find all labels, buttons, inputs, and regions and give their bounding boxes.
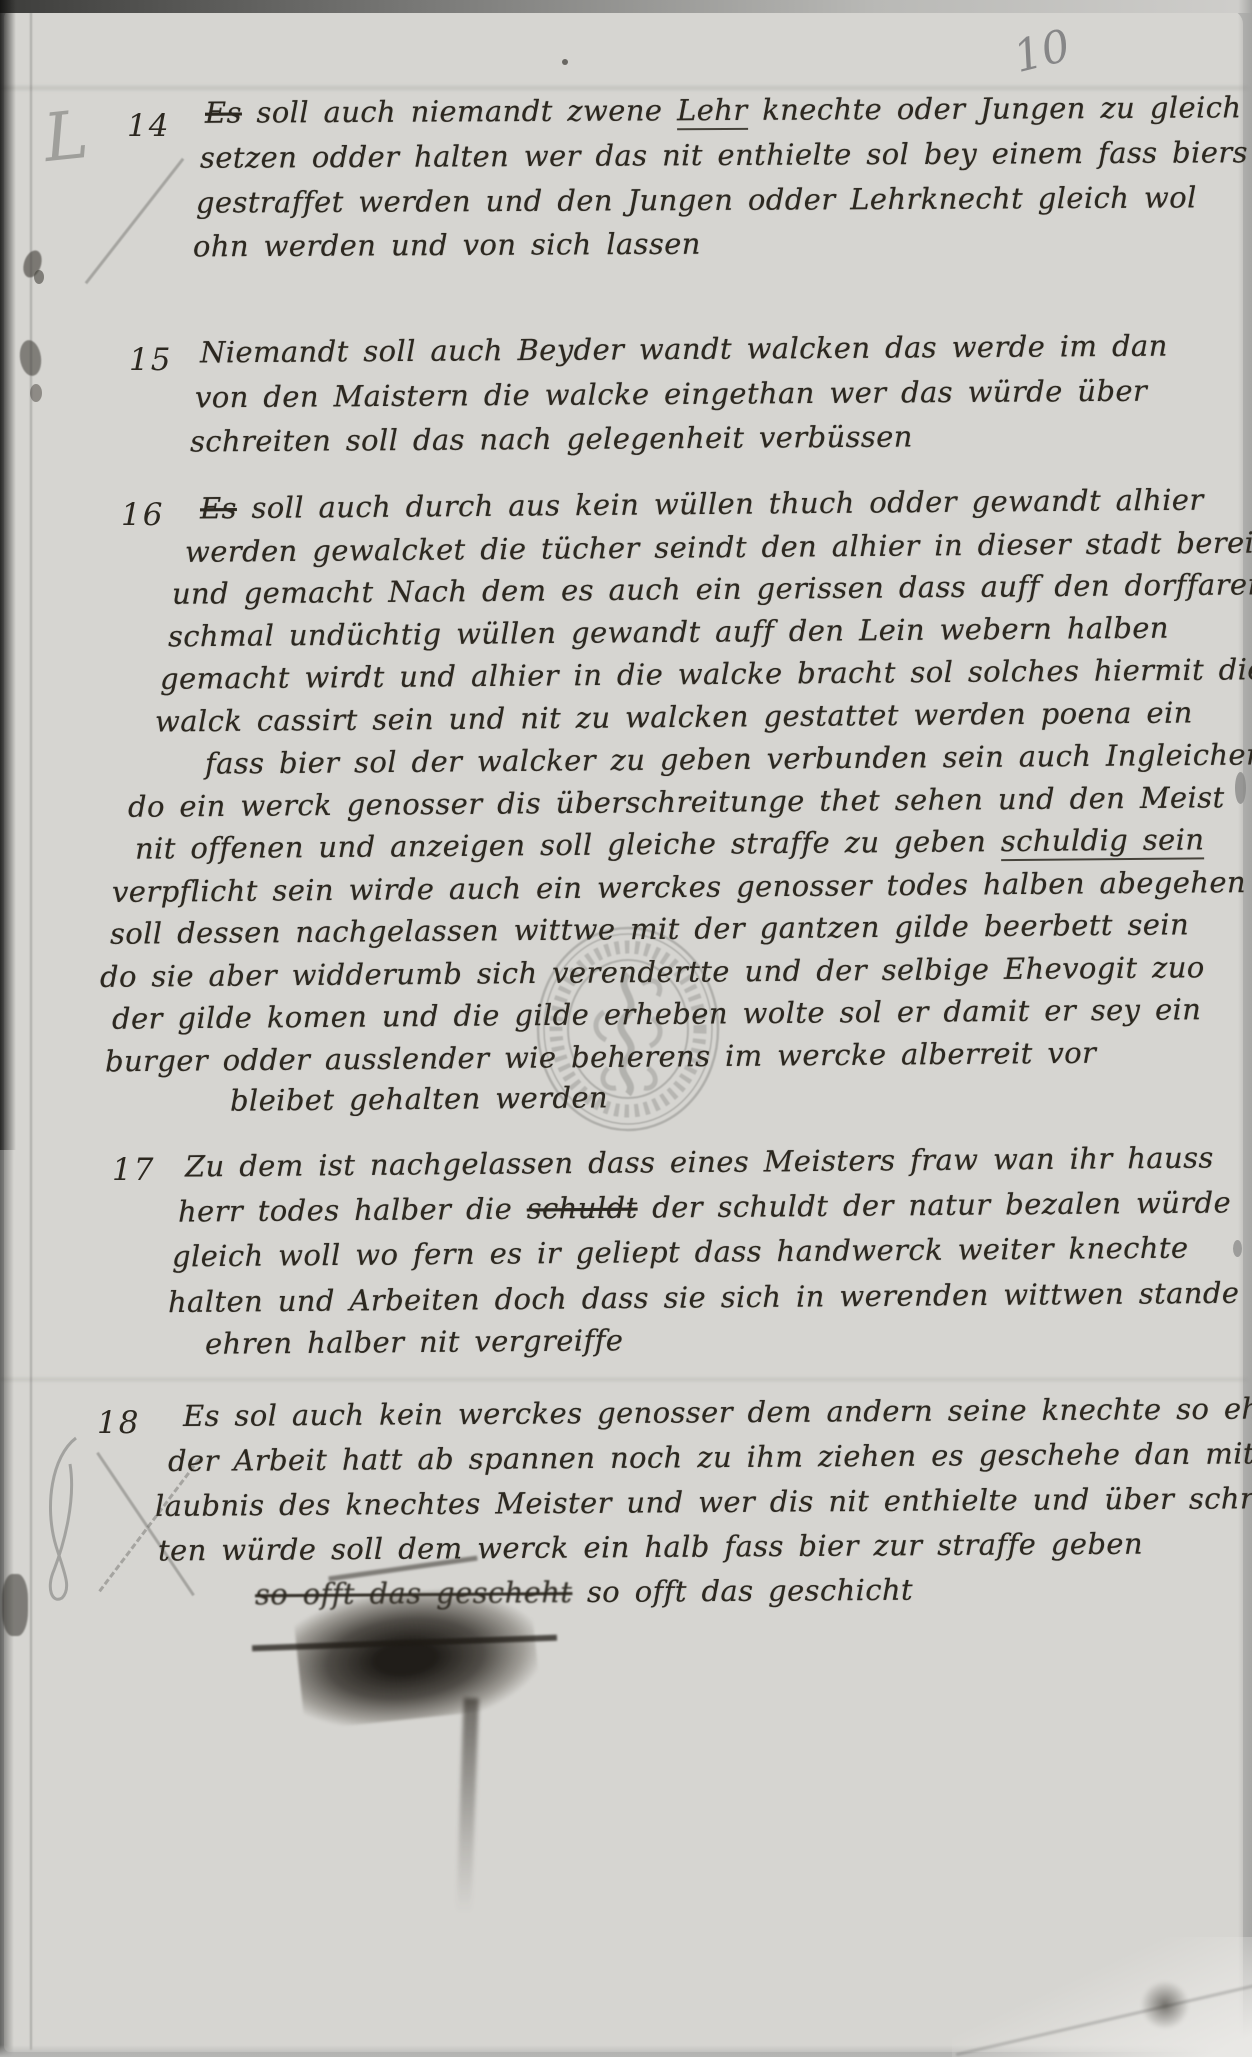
manuscript-text-segment: ohn werden und von sich lassen — [193, 227, 701, 264]
manuscript-text-segment: von den Maistern die walcke eingethan we… — [195, 374, 1147, 415]
manuscript-text-segment: so offt das geschicht — [572, 1573, 913, 1609]
manuscript-text-segment: setzen odder halten wer das nit enthielt… — [200, 135, 1248, 174]
manuscript-line: Niemandt soll auch Beyder wandt walcken … — [200, 332, 1168, 368]
manuscript-line: ohn werden und von sich lassen — [193, 230, 701, 262]
manuscript-text-segment: gestraffet werden und den Jungen odder L… — [196, 180, 1197, 219]
manuscript-line: nit offenen und anzeigen soll gleiche st… — [135, 825, 1205, 863]
horizontal-crease — [0, 86, 1252, 90]
margin-loop-mark — [36, 1430, 90, 1606]
manuscript-line: Es sol auch kein werckes genosser dem an… — [183, 1394, 1252, 1431]
manuscript-line: schmal undüchtig wüllen gewandt auff den… — [168, 613, 1169, 651]
manuscript-line: Zu dem ist nachgelassen dass eines Meist… — [185, 1144, 1214, 1182]
manuscript-line: do sie aber widderumb sich verendertte u… — [100, 953, 1205, 992]
manuscript-line: Es soll auch durch aus kein wüllen thuch… — [200, 486, 1204, 524]
manuscript-text-segment: ten würde soll dem werck ein halb fass b… — [158, 1527, 1143, 1568]
manuscript-line: walck cassirt sein und nit zu walcken ge… — [155, 698, 1193, 736]
manuscript-line: der Arbeit hatt ab spannen noch zu ihm z… — [168, 1439, 1252, 1476]
manuscript-line: schreiten soll das nach gelegenheit verb… — [190, 422, 913, 456]
ink-dot — [562, 59, 568, 65]
manuscript-text-segment: schreiten soll das nach gelegenheit verb… — [190, 419, 913, 458]
manuscript-text-segment: soll auch niemandt zwene — [242, 93, 677, 129]
manuscript-line: do ein werck genosser dis überschreitung… — [128, 783, 1225, 822]
manuscript-line: gestraffet werden und den Jungen odder L… — [196, 183, 1197, 217]
ink-blot — [292, 1580, 542, 1730]
binding-fold-line — [30, 10, 32, 2050]
manuscript-text-segment: knechte oder Jungen zu gleich — [748, 90, 1242, 127]
ink-stain — [30, 384, 42, 402]
manuscript-line: werden gewalcket die tücher seindt den a… — [185, 528, 1252, 567]
manuscript-line: ehren halber nit vergreiffe — [205, 1326, 624, 1359]
manuscript-line: laubnis des knechtes Meister und wer dis… — [155, 1484, 1252, 1521]
edge-stain — [1235, 772, 1246, 804]
paragraph-number: 17 — [112, 1152, 155, 1188]
manuscript-text-segment: Es — [205, 96, 242, 130]
ink-stain — [2, 1574, 28, 1636]
corner-smudge — [1140, 1981, 1190, 2029]
paragraph-number: 15 — [129, 342, 172, 378]
paragraph-number: 14 — [127, 108, 170, 144]
manuscript-text-segment: schuldig sein — [1001, 822, 1205, 861]
manuscript-line: ten würde soll dem werck ein halb fass b… — [158, 1530, 1143, 1566]
paragraph-number: 18 — [97, 1405, 140, 1441]
margin-l-mark: L — [40, 96, 92, 177]
manuscript-scan-page: 10 L 14Es soll auch niemandt zwene Lehr … — [0, 0, 1252, 2057]
manuscript-text-segment: herr todes halber die — [178, 1192, 527, 1229]
edge-stain — [1233, 1240, 1242, 1257]
manuscript-text-segment: schuldt — [527, 1191, 638, 1226]
manuscript-text-segment: bleibet gehalten werden — [230, 1080, 608, 1117]
manuscript-text-segment: ehren halber nit vergreiffe — [205, 1323, 624, 1361]
manuscript-line: setzen odder halten wer das nit enthielt… — [200, 138, 1248, 172]
scan-edge-left — [0, 0, 16, 1150]
manuscript-text-segment: Lehr — [677, 93, 748, 130]
manuscript-text-segment: der schuldt der natur bezalen würde — [637, 1185, 1231, 1224]
manuscript-line: Es soll auch niemandt zwene Lehr knechte… — [205, 93, 1242, 127]
ink-stain — [34, 270, 44, 284]
scan-edge-top — [0, 0, 1252, 13]
paragraph-number: 16 — [121, 497, 164, 533]
manuscript-text-segment: Es — [200, 491, 237, 525]
manuscript-line: gleich woll wo fern es ir geliept dass h… — [172, 1234, 1189, 1272]
torn-edge-right — [1238, 0, 1252, 2057]
horizontal-crease — [0, 1378, 1252, 1381]
manuscript-line: von den Maistern die walcke eingethan we… — [195, 377, 1147, 413]
manuscript-line: burger odder ausslender wie beherens im … — [105, 1038, 1097, 1076]
manuscript-line: bleibet gehalten werden — [230, 1083, 608, 1115]
manuscript-text-segment: Niemandt soll auch Beyder wandt walcken … — [200, 329, 1168, 370]
